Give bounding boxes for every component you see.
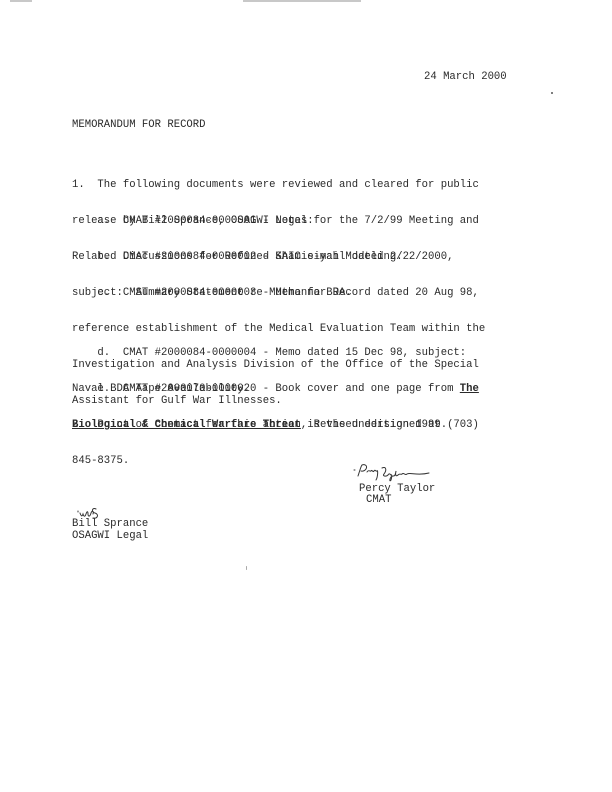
legal-reviewer-org: OSAGWI Legal: [72, 530, 148, 542]
scan-edge-mark: [10, 0, 32, 2]
list-item-a-line-1: a. CMAT #2000084-0000001 - Notes for the…: [72, 215, 552, 227]
list-item-b-line-1: b. CMAT #2000084-0000002 - SAIC e-mail d…: [72, 251, 552, 263]
book-title-start: The: [460, 383, 479, 395]
legal-reviewer-name: Bill Sprance: [72, 518, 148, 530]
scan-speck: [246, 566, 247, 570]
memo-heading: MEMORANDUM FOR RECORD: [72, 119, 206, 131]
signature-percy-taylor: [352, 462, 482, 484]
paragraph-2-line-1: 2. Point of contact for this action is t…: [72, 419, 552, 431]
list-item-e-line-1-text: e. CMAT #2000070-0000020 - Book cover an…: [72, 383, 460, 395]
list-item-c-line-1: c. CMAT #2000084-0000003 - Memo for Reco…: [72, 287, 552, 299]
handwritten-signature-icon: [352, 462, 482, 484]
scan-edge-mark: [243, 0, 361, 2]
scan-speck: [551, 92, 553, 94]
list-item-e-line-1: e. CMAT #2000070-0000020 - Book cover an…: [72, 383, 552, 395]
memo-date: 24 March 2000: [424, 71, 507, 83]
signatory-org: CMAT: [366, 494, 391, 506]
list-item-d-line-1: d. CMAT #2000084-0000004 - Memo dated 15…: [72, 347, 552, 359]
paragraph-1-line-1: 1. The following documents were reviewed…: [72, 179, 552, 191]
